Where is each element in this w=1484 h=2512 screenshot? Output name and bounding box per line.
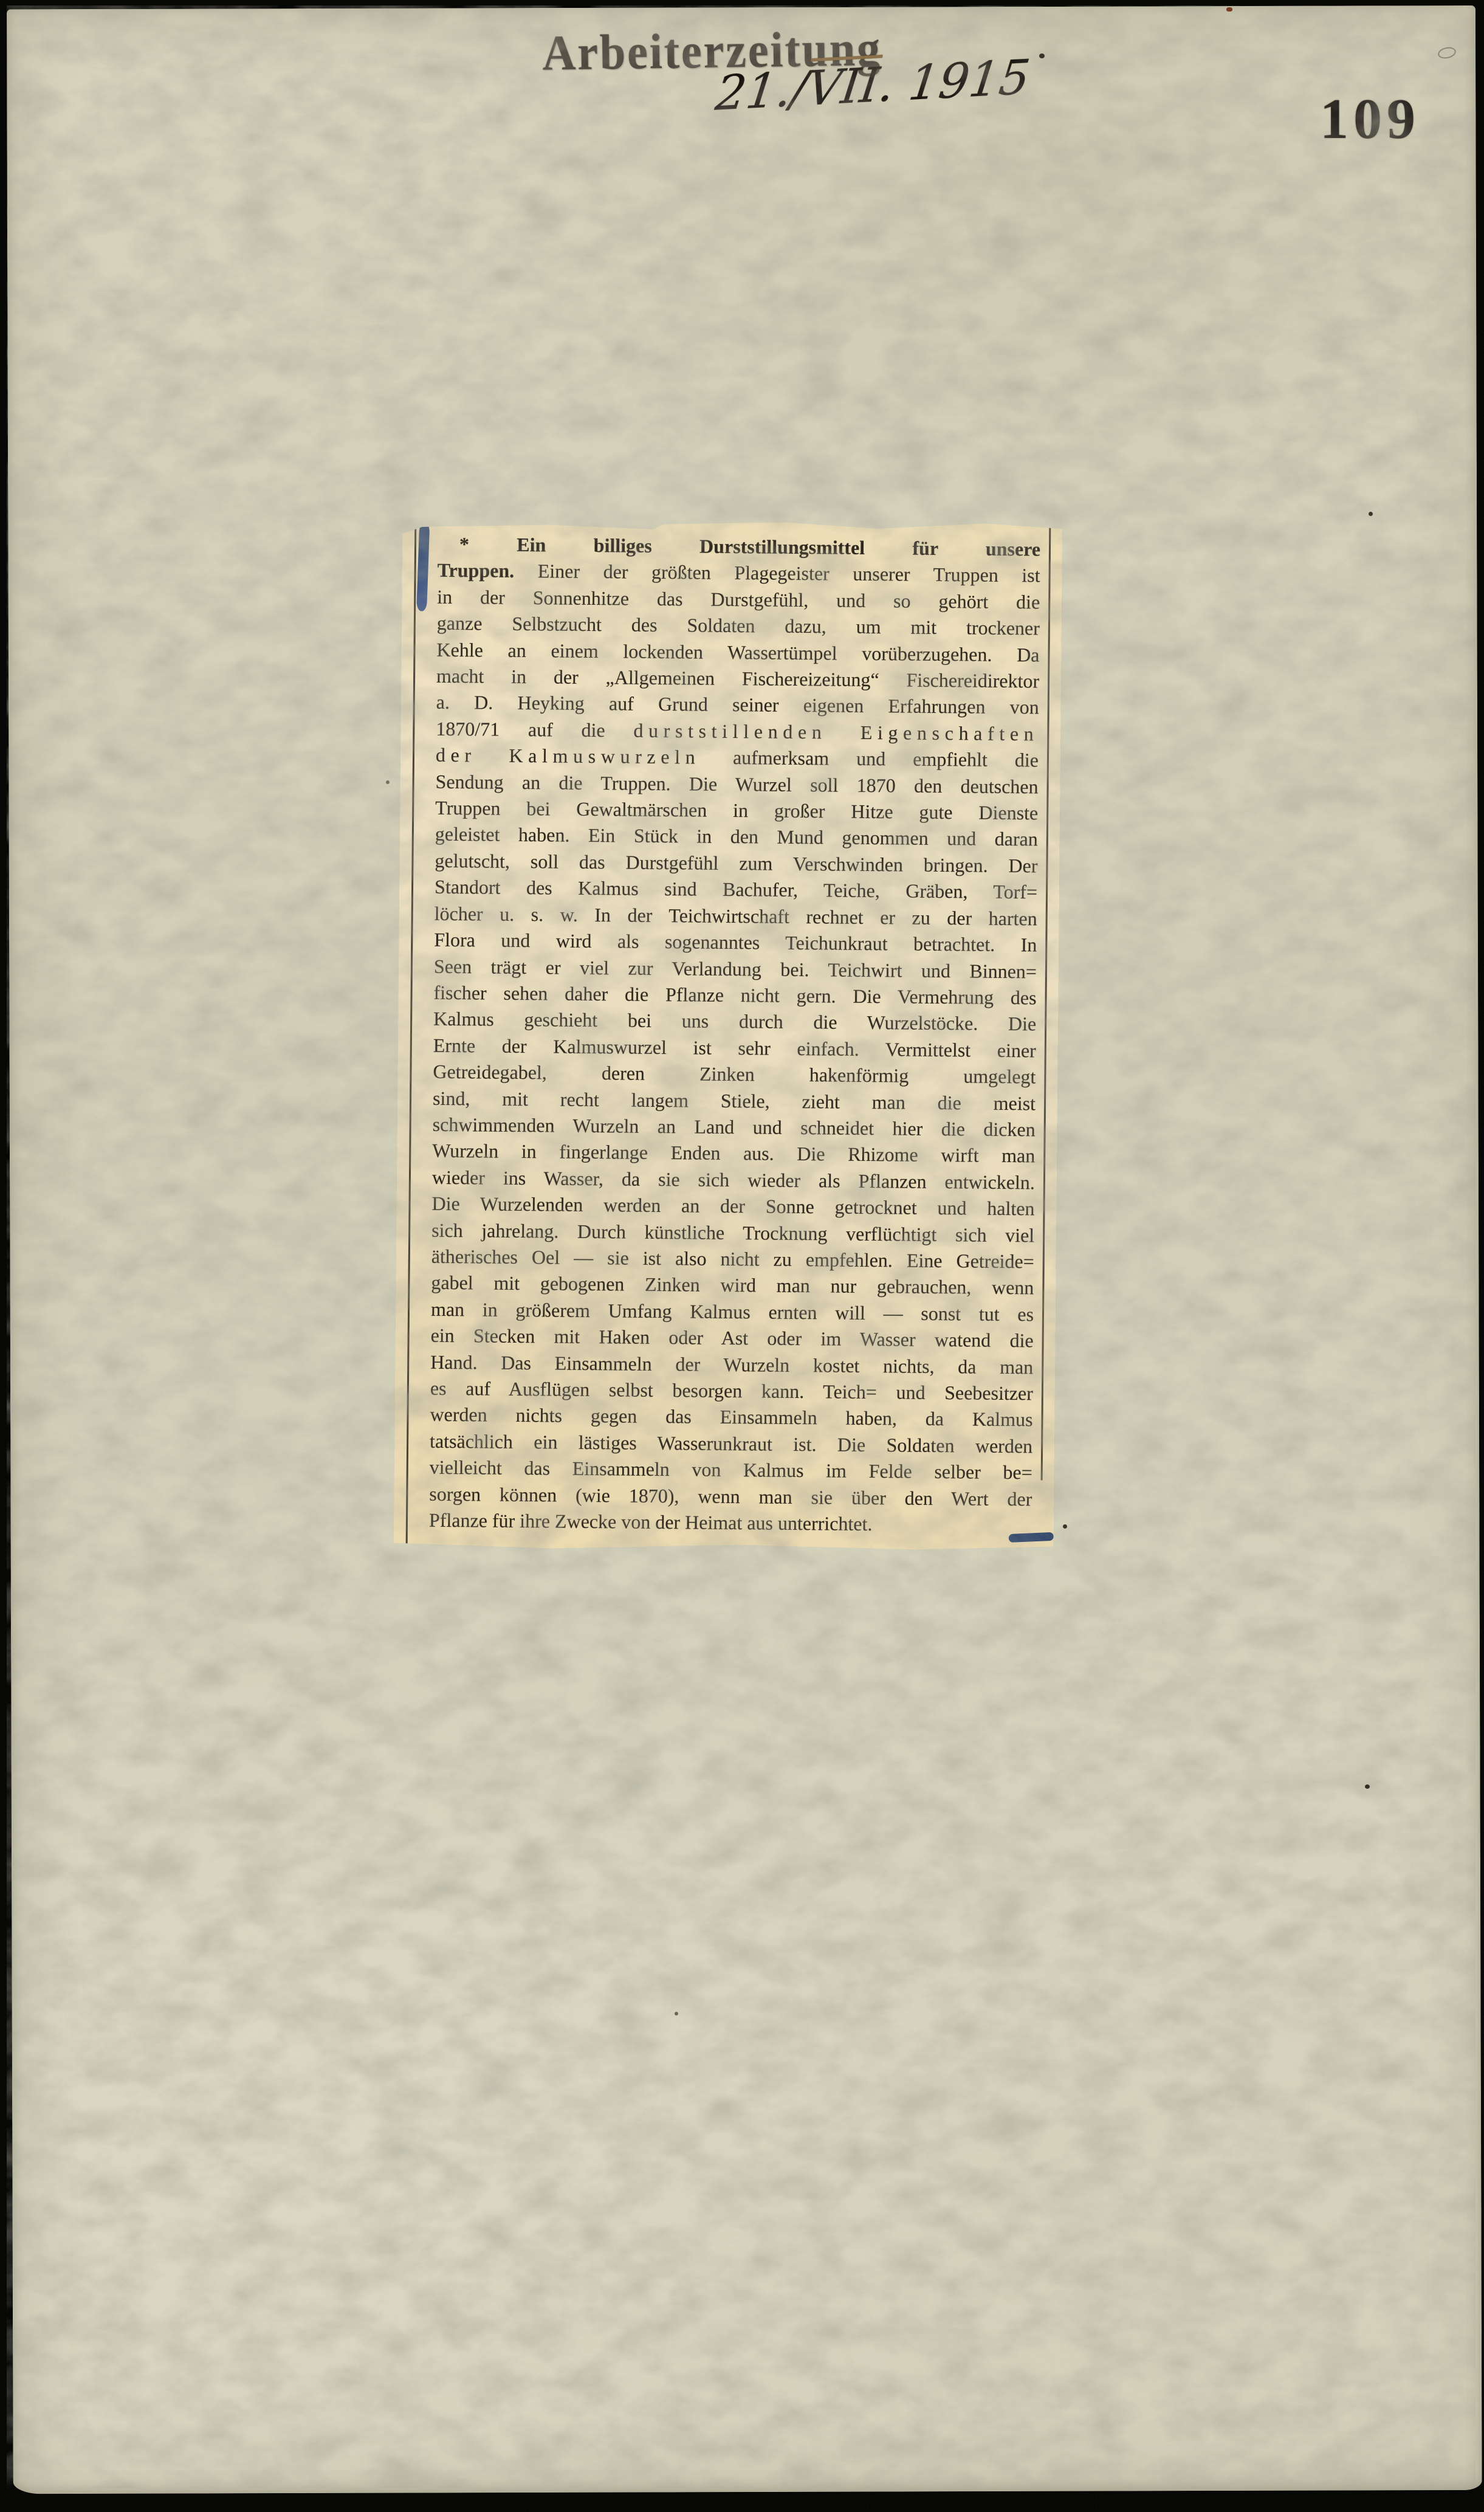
clipping-text-segment: Die Wurzelenden werden an der Sonne getr… xyxy=(431,1192,1034,1220)
clipping-text-segment: wieder ins Wasser, da sie sich wieder al… xyxy=(432,1166,1035,1194)
blue-pencil-mark-dash xyxy=(1009,1532,1054,1543)
clipping-text-segment: Getreidegabel, deren Zinken hakenförmig … xyxy=(433,1061,1036,1088)
blue-pencil-mark-vertical xyxy=(416,522,430,611)
clipping-text-segment: Kalmus geschieht bei uns durch die Wurze… xyxy=(433,1008,1036,1035)
clipping-text-segment: sorgen können (wie 1870), wenn man sie ü… xyxy=(429,1482,1032,1510)
newspaper-clipping: * Ein billiges Durststillungsmittel für … xyxy=(394,517,1063,1552)
ink-speck xyxy=(675,2012,678,2015)
page-number: 109 xyxy=(1320,86,1420,152)
clipping-text-segment: man in größerem Umfang Kalmus ernten wil… xyxy=(431,1298,1034,1326)
handwritten-date-month-roman: VII xyxy=(804,58,882,117)
clipping-text-segment: Standort des Kalmus sind Bachufer, Teich… xyxy=(435,876,1037,903)
ink-speck xyxy=(1365,1784,1370,1789)
column-rule-right xyxy=(1041,523,1051,1481)
clipping-text-segment: Truppen. xyxy=(437,559,537,582)
clipping-text-segment: sind, mit recht langem Stiele, zieht man… xyxy=(433,1087,1036,1114)
clipping-text-segment: Wurzeln in fingerlange Enden aus. Die Rh… xyxy=(432,1140,1035,1167)
handwritten-date-day: 21./ xyxy=(713,61,811,122)
clipping-text-segment: Sendung an die Truppen. Die Wurzel soll … xyxy=(435,770,1038,797)
clipping-text-segment: schwimmenden Wurzeln an Land und schneid… xyxy=(433,1113,1036,1141)
ink-speck xyxy=(1063,1524,1067,1529)
clipping-text-segment: vielleicht das Einsammeln von Kalmus im … xyxy=(430,1456,1032,1484)
clipping-text-segment: Einer der größten Plagegeister unserer T… xyxy=(538,560,1040,587)
clipping-text: * Ein billiges Durststillungsmittel für … xyxy=(429,531,1040,1539)
ink-speck xyxy=(386,780,390,784)
column-rule-left xyxy=(406,517,417,1547)
clipping-text-segment: durststillenden Eigenschaften xyxy=(633,719,1039,745)
clipping-text-segment: der Kalmuswurzeln xyxy=(436,744,733,768)
clipping-text-segment: werden nichts gegen das Einsammeln haben… xyxy=(430,1403,1032,1431)
clipping-text-segment: a. D. Heyking auf Grund seiner eigenen E… xyxy=(436,691,1039,718)
clipping-text-segment: * Ein billiges Durststillungsmittel für … xyxy=(459,533,1040,560)
red-speck xyxy=(1226,7,1232,12)
clipping-text-segment: aufmerksam und empfiehlt die xyxy=(733,746,1039,771)
clipping-text-segment: Kehle an einem lockenden Wassertümpel vo… xyxy=(436,638,1039,666)
ink-speck xyxy=(1369,512,1373,516)
clipping-text-segment: tatsächlich ein lästiges Wasserunkraut i… xyxy=(430,1430,1032,1457)
clipping-text-segment: Flora und wird als sogenanntes Teichunkr… xyxy=(434,929,1037,956)
clipping-text-segment: geleistet haben. Ein Stück in den Mund g… xyxy=(435,823,1038,850)
clipping-text-segment: Pflanze für ihre Zwecke von der Heimat a… xyxy=(429,1509,873,1535)
clipping-text-segment: Truppen bei Gewaltmärschen in großer Hit… xyxy=(435,797,1038,824)
clipping-text-segment: Seen trägt er viel zur Verlandung bei. T… xyxy=(434,955,1037,982)
clipping-text-segment: löcher u. s. w. In der Teichwirtschaft r… xyxy=(435,902,1037,929)
handwritten-date-year: . 1915 xyxy=(876,50,1033,113)
clipping-text-segment: fischer sehen daher die Pflanze nicht ge… xyxy=(433,982,1036,1009)
clipping-text-segment: sich jahrelang. Durch künstliche Trocknu… xyxy=(431,1219,1034,1246)
clipping-text-segment: es auf Ausflügen selbst besorgen kann. T… xyxy=(430,1377,1033,1405)
clipping-text-segment: in der Sonnenhitze das Durstgefühl, und … xyxy=(437,586,1040,613)
clipping-text-segment: ein Stecken mit Haken oder Ast oder im W… xyxy=(431,1324,1034,1352)
clipping-text-segment: gabel mit gebogenen Zinken wird man nur … xyxy=(431,1271,1034,1299)
clipping-text-segment: Hand. Das Einsammeln der Wurzeln kostet … xyxy=(430,1351,1033,1378)
clipping-text-segment: 1870/71 auf die xyxy=(436,718,633,742)
clipping-text-segment: ganze Selbstzucht des Soldaten dazu, um … xyxy=(437,612,1040,639)
ink-speck xyxy=(1039,53,1045,58)
clipping-text-segment: Ernte der Kalmuswurzel ist sehr einfach.… xyxy=(433,1034,1036,1061)
clipping-text-segment: ätherisches Oel — sie ist also nicht zu … xyxy=(431,1245,1034,1273)
clipping-line: Pflanze für ihre Zwecke von der Heimat a… xyxy=(429,1507,1032,1539)
clipping-text-segment: gelutscht, soll das Durstgefühl zum Vers… xyxy=(435,850,1037,877)
clipping-text-segment: macht in der „Allgemeinen Fischereizeitu… xyxy=(436,665,1039,692)
